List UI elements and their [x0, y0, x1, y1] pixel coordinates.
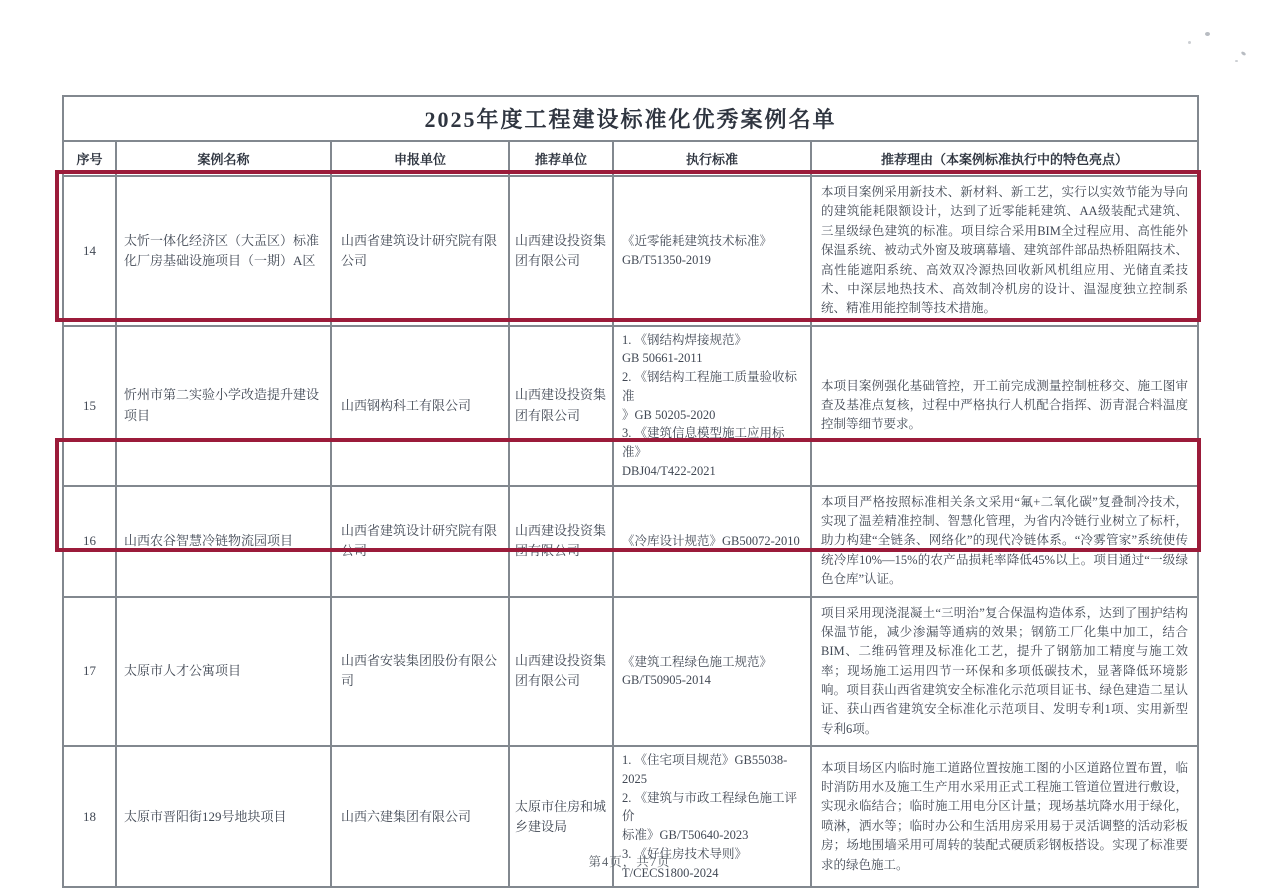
- table-row: 14 太忻一体化经济区（大盂区）标准化厂房基础设施项目（一期）A区 山西省建筑设…: [63, 176, 1198, 326]
- cell-case-name: 太原市人才公寓项目: [116, 597, 331, 747]
- cell-applicant: 山西钢构科工有限公司: [331, 326, 509, 486]
- cell-reason: 本项目案例采用新技术、新材料、新工艺，实行以实效节能为导向的建筑能耗限额设计，达…: [811, 176, 1198, 326]
- cell-recommender: 山西建设投资集团有限公司: [509, 597, 613, 747]
- document-title: 2025年度工程建设标准化优秀案例名单: [63, 96, 1198, 141]
- cell-case-name: 山西农谷智慧冷链物流园项目: [116, 486, 331, 597]
- col-header-no: 序号: [63, 141, 116, 176]
- table-row: 16 山西农谷智慧冷链物流园项目 山西省建筑设计研究院有限公司 山西建设投资集团…: [63, 486, 1198, 597]
- cell-no: 16: [63, 486, 116, 597]
- cases-table: 2025年度工程建设标准化优秀案例名单 序号 案例名称 申报单位 推荐单位 执行…: [62, 95, 1197, 888]
- scan-speck: [1188, 41, 1191, 44]
- cell-no: 15: [63, 326, 116, 486]
- cell-no: 14: [63, 176, 116, 326]
- cell-applicant: 山西省安装集团股份有限公司: [331, 597, 509, 747]
- scan-speck: [1205, 32, 1210, 36]
- cell-reason: 项目采用现浇混凝土“三明治”复合保温构造体系，达到了围护结构保温节能，减少渗漏等…: [811, 597, 1198, 747]
- cell-recommender: 山西建设投资集团有限公司: [509, 486, 613, 597]
- scan-speck: [1235, 60, 1238, 62]
- col-header-applicant: 申报单位: [331, 141, 509, 176]
- col-header-recommender: 推荐单位: [509, 141, 613, 176]
- cell-case-name: 太忻一体化经济区（大盂区）标准化厂房基础设施项目（一期）A区: [116, 176, 331, 326]
- cell-applicant: 山西省建筑设计研究院有限公司: [331, 176, 509, 326]
- cell-no: 17: [63, 597, 116, 747]
- cell-applicant: 山西省建筑设计研究院有限公司: [331, 486, 509, 597]
- cell-standards: 《近零能耗建筑技术标准》 GB/T51350-2019: [613, 176, 811, 326]
- cell-case-name: 忻州市第二实验小学改造提升建设项目: [116, 326, 331, 486]
- cell-standards: 《建筑工程绿色施工规范》 GB/T50905-2014: [613, 597, 811, 747]
- table-row: 15 忻州市第二实验小学改造提升建设项目 山西钢构科工有限公司 山西建设投资集团…: [63, 326, 1198, 486]
- scan-speck: [1241, 51, 1247, 56]
- cell-reason: 本项目案例强化基础管控，开工前完成测量控制桩移交、施工图审查及基准点复核，过程中…: [811, 326, 1198, 486]
- cell-standards: 《冷库设计规范》GB50072-2010: [613, 486, 811, 597]
- col-header-case-name: 案例名称: [116, 141, 331, 176]
- col-header-standards: 执行标准: [613, 141, 811, 176]
- cell-recommender: 山西建设投资集团有限公司: [509, 326, 613, 486]
- col-header-reason: 推荐理由（本案例标准执行中的特色亮点）: [811, 141, 1198, 176]
- cases-table-grid: 2025年度工程建设标准化优秀案例名单 序号 案例名称 申报单位 推荐单位 执行…: [62, 95, 1199, 888]
- header-row: 序号 案例名称 申报单位 推荐单位 执行标准 推荐理由（本案例标准执行中的特色亮…: [63, 141, 1198, 176]
- cell-standards: 1. 《钢结构焊接规范》 GB 50661-2011 2. 《钢结构工程施工质量…: [613, 326, 811, 486]
- cell-reason: 本项目严格按照标准相关条文采用“氟+二氧化碳”复叠制冷技术，实现了温差精准控制、…: [811, 486, 1198, 597]
- table-row: 17 太原市人才公寓项目 山西省安装集团股份有限公司 山西建设投资集团有限公司 …: [63, 597, 1198, 747]
- page-number: 第4页，共7页: [62, 852, 1197, 870]
- document-page: 2025年度工程建设标准化优秀案例名单 序号 案例名称 申报单位 推荐单位 执行…: [0, 0, 1266, 896]
- title-row: 2025年度工程建设标准化优秀案例名单: [63, 96, 1198, 141]
- cell-recommender: 山西建设投资集团有限公司: [509, 176, 613, 326]
